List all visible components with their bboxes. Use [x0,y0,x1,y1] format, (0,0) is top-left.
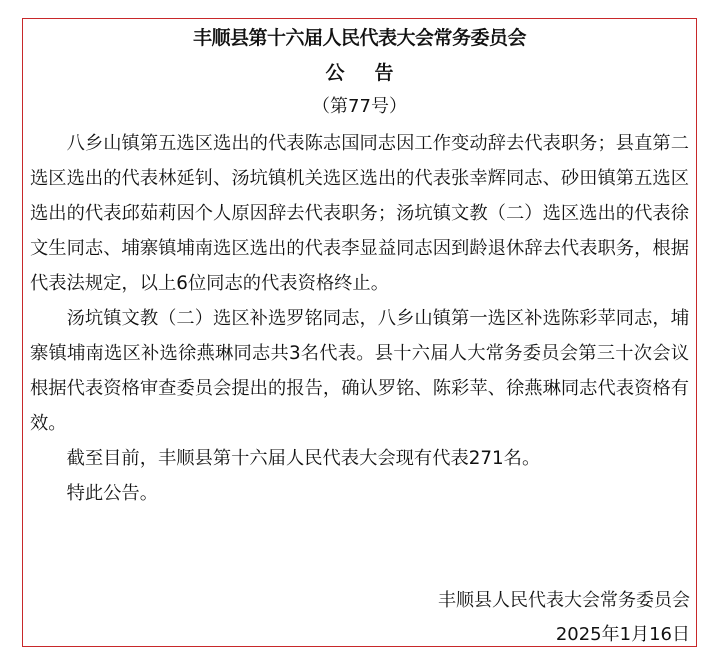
signature-block: 丰顺县人民代表大会常务委员会 2025年1月16日 [438,584,690,652]
announcement-body: 八乡山镇第五选区选出的代表陈志国同志因工作变动辞去代表职务；县直第二选区选出的代… [30,126,689,511]
document-number: （第77号） [23,95,696,119]
paragraph-by-elections: 汤坑镇文教（二）选区补选罗铭同志，八乡山镇第一选区补选陈彩苹同志，埔寨镇埔南选区… [30,301,689,441]
document-type-heading: 公告 [23,61,696,85]
announcement-frame: 丰顺县第十六届人民代表大会常务委员会 公告 （第77号） 八乡山镇第五选区选出的… [22,18,697,647]
doc-type-char-2: 告 [375,62,394,84]
paragraph-resignations: 八乡山镇第五选区选出的代表陈志国同志因工作变动辞去代表职务；县直第二选区选出的代… [30,126,689,301]
signature-date: 2025年1月16日 [438,618,690,652]
signature-issuer: 丰顺县人民代表大会常务委员会 [438,584,690,618]
issuer-title: 丰顺县第十六届人民代表大会常务委员会 [23,26,696,50]
paragraph-closing: 特此公告。 [30,476,689,511]
paragraph-current-count: 截至目前，丰顺县第十六届人民代表大会现有代表271名。 [30,441,689,476]
doc-type-char-1: 公 [325,62,344,84]
